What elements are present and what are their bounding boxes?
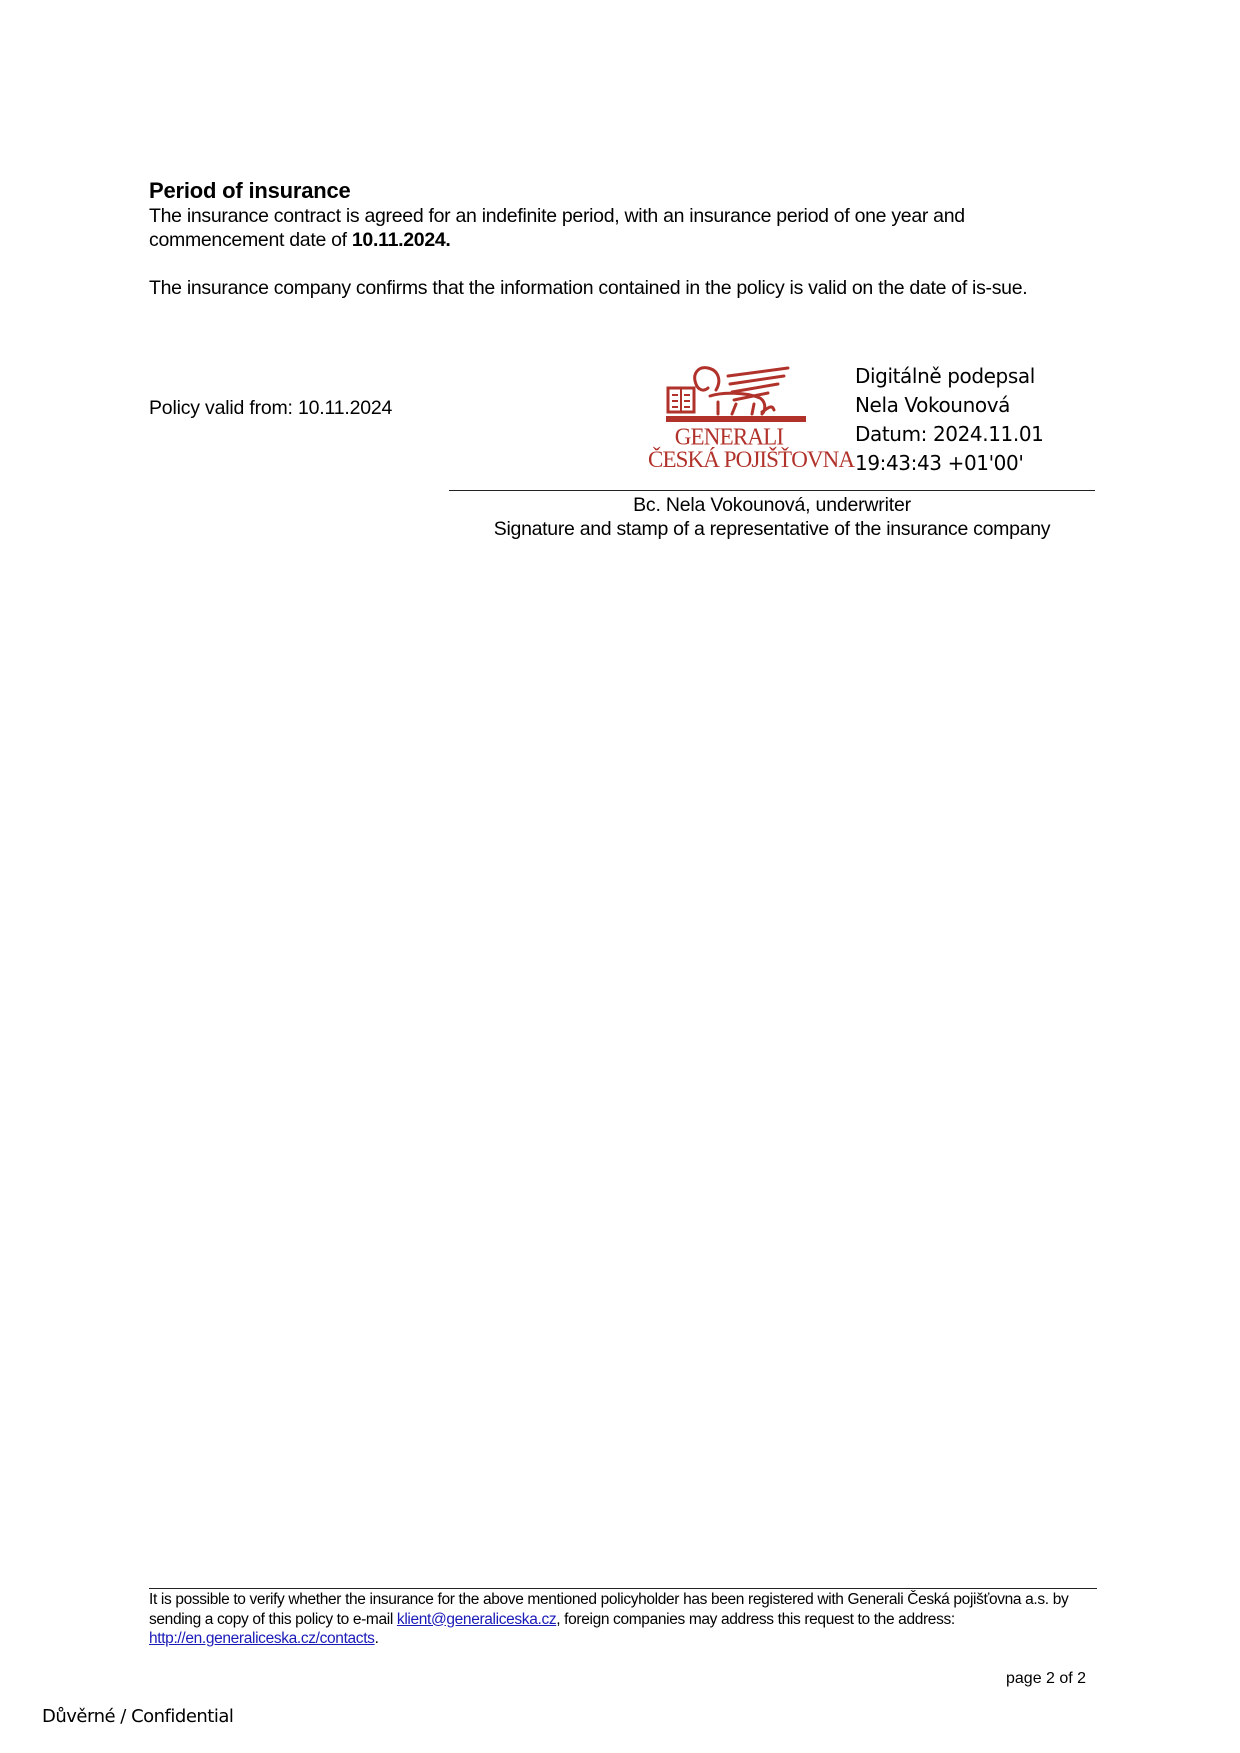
digital-signature-line: Digitálně podepsal — [855, 362, 1043, 391]
contacts-link[interactable]: http://en.generaliceska.cz/contacts — [149, 1630, 375, 1647]
period-paragraph: The insurance contract is agreed for an … — [149, 204, 1097, 252]
confidentiality-label: Důvěrné / Confidential — [42, 1706, 233, 1727]
signature-line — [449, 490, 1095, 491]
period-text: The insurance contract is agreed for an … — [149, 205, 965, 251]
footer-text-3: . — [375, 1630, 379, 1647]
policy-valid-from: Policy valid from: 10.11.2024 — [149, 397, 392, 420]
footer-divider — [149, 1588, 1097, 1589]
logo-brand-ceska-pojistovna: ČESKÁ POJIŠŤOVNA — [648, 447, 850, 473]
footer-verification-note: It is possible to verify whether the ins… — [149, 1590, 1097, 1649]
email-link[interactable]: klient@generaliceska.cz — [397, 1611, 556, 1628]
digital-signature-date: Datum: 2024.11.01 — [855, 420, 1043, 449]
winged-lion-icon — [648, 362, 810, 424]
signatory-name: Bc. Nela Vokounová, underwriter — [449, 494, 1095, 517]
policy-valid-label: Policy valid from: — [149, 397, 293, 419]
digital-signature-time: 19:43:43 +01'00' — [855, 449, 1043, 478]
validity-paragraph: The insurance company confirms that the … — [149, 276, 1097, 300]
footer-text-2: , foreign companies may address this req… — [556, 1611, 955, 1628]
policy-valid-date: 10.11.2024 — [298, 397, 392, 419]
signature-description: Signature and stamp of a representative … — [449, 518, 1095, 541]
commencement-date: 10.11.2024. — [352, 229, 451, 251]
section-title: Period of insurance — [149, 178, 351, 204]
digital-signature-signer: Nela Vokounová — [855, 391, 1043, 420]
generali-logo: GENERALI ČESKÁ POJIŠŤOVNA — [648, 362, 848, 480]
page-number: page 2 of 2 — [1006, 1670, 1086, 1688]
digital-signature-block: Digitálně podepsal Nela Vokounová Datum:… — [855, 362, 1043, 478]
